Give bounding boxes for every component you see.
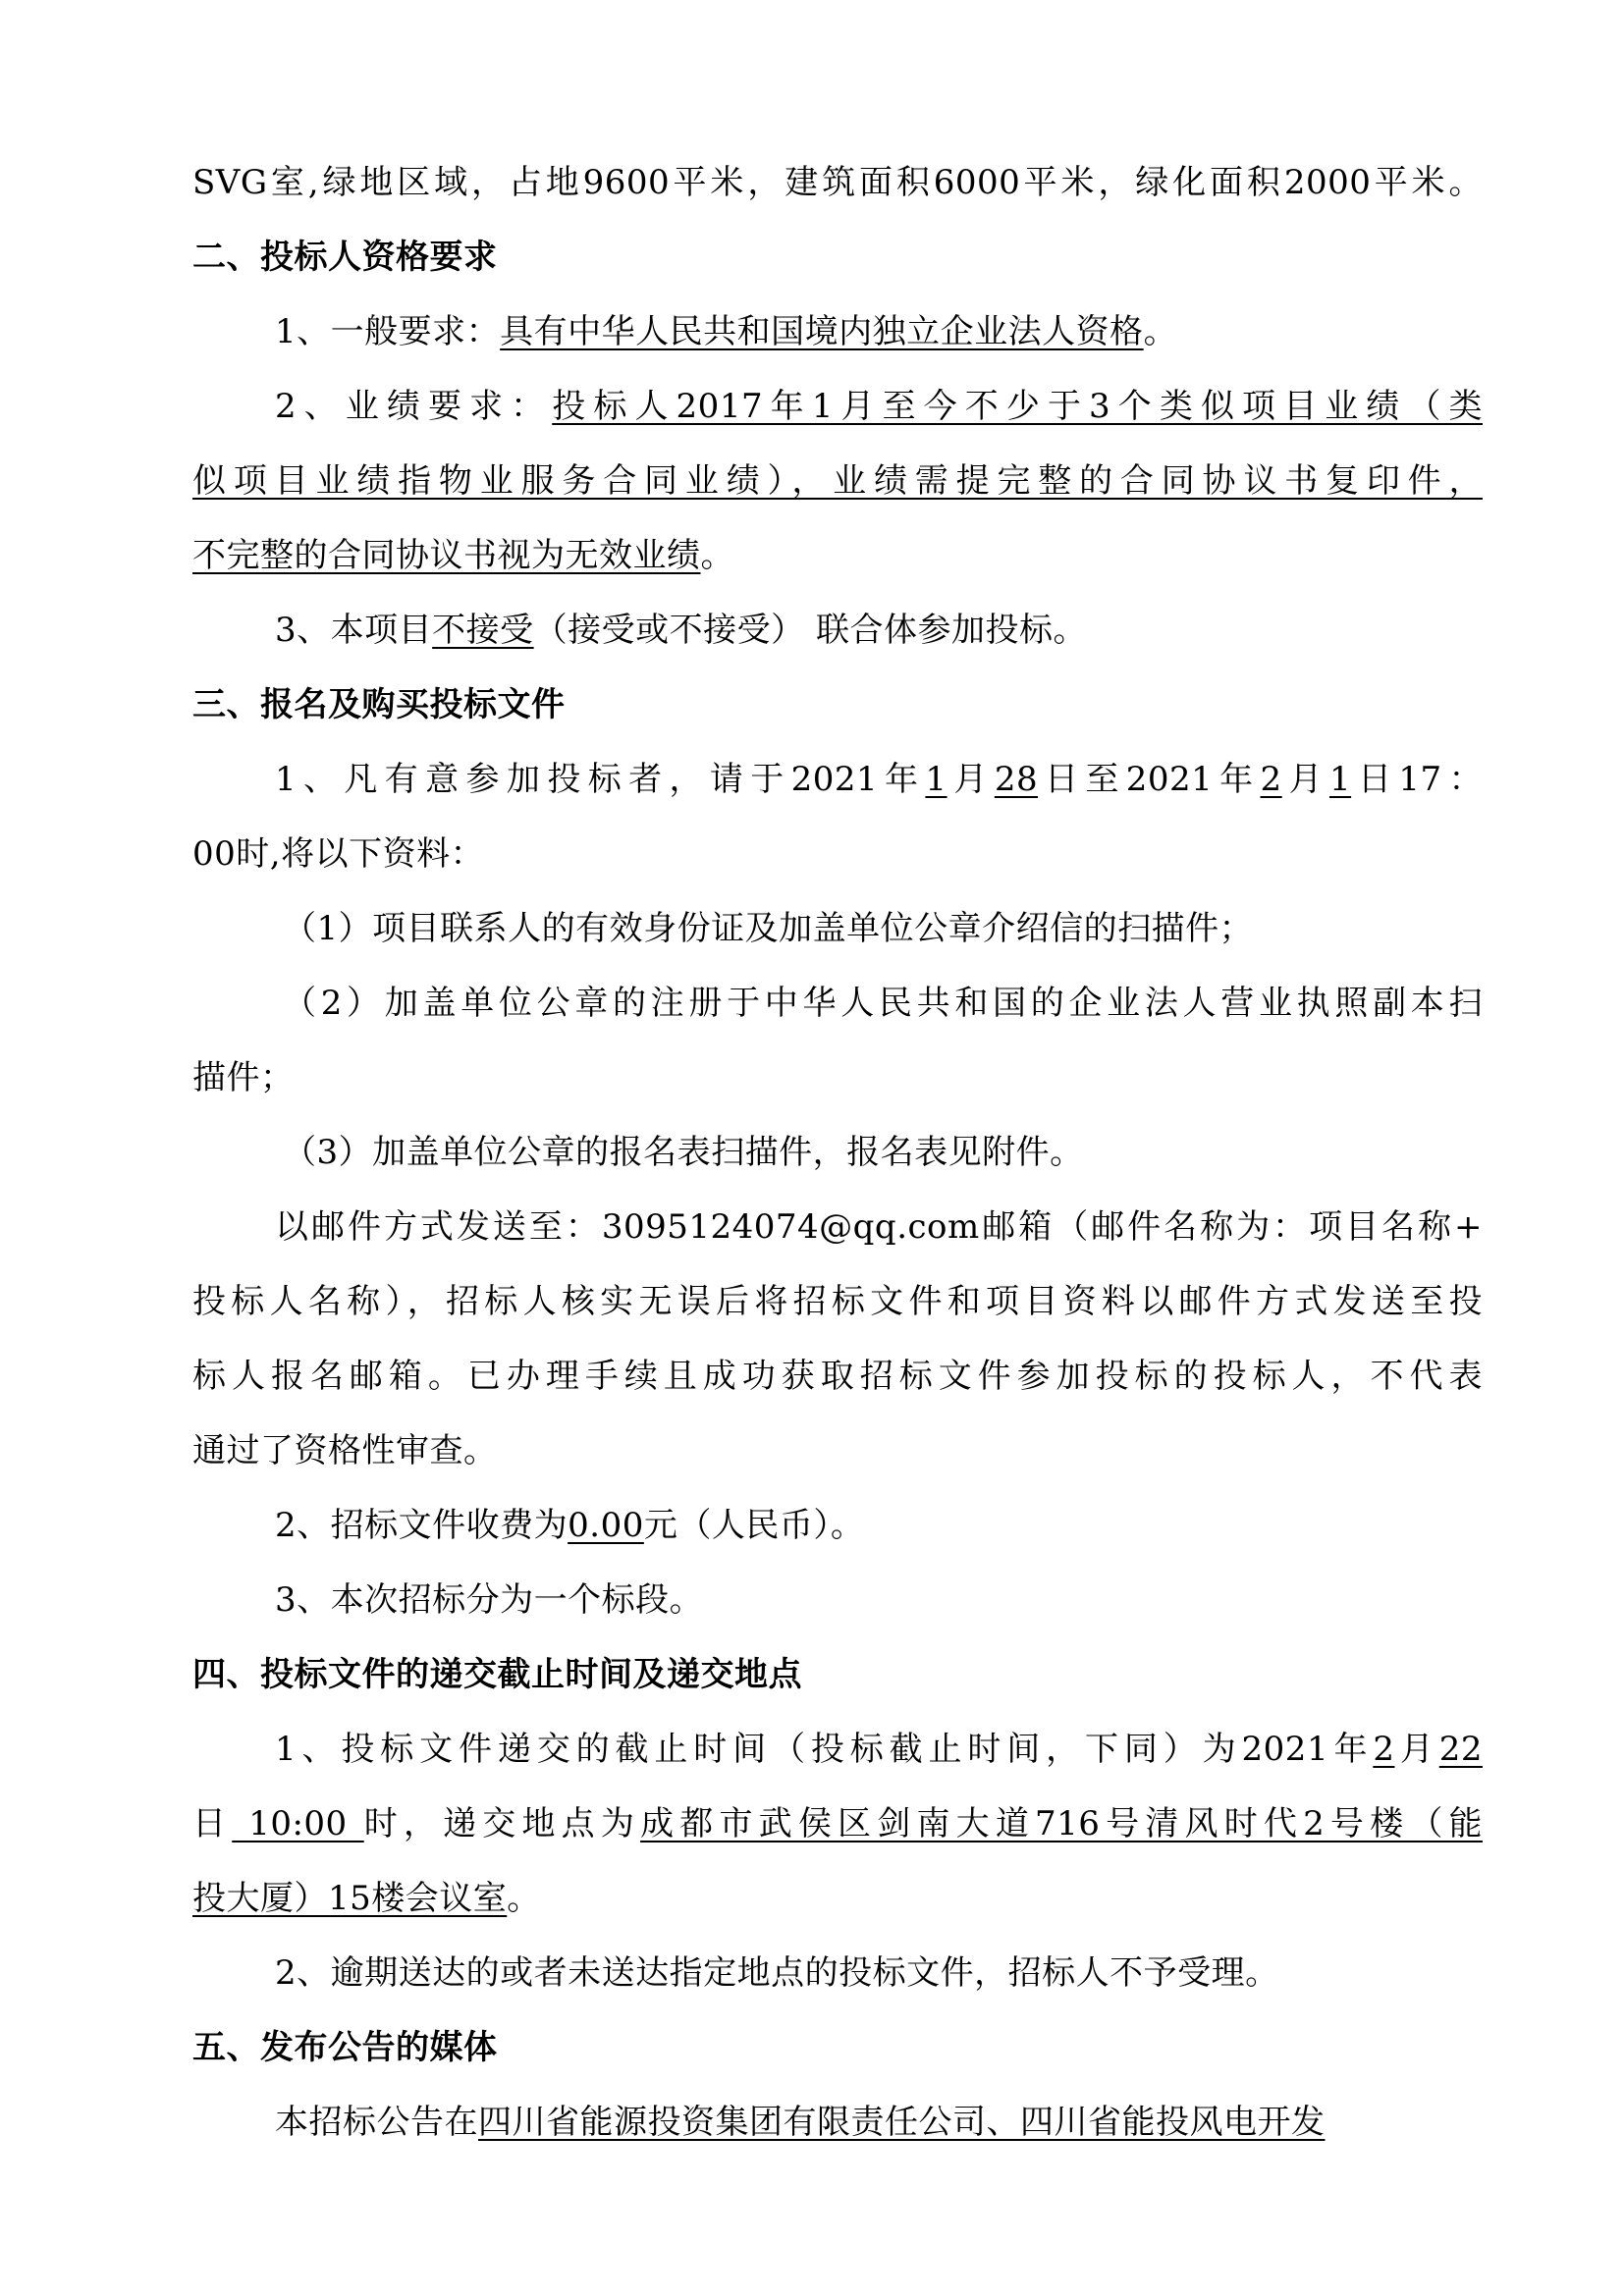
s3-item1-text: 月 <box>947 760 995 799</box>
s4-item2: 2、逾期送达的或者未送达指定地点的投标文件，招标人不予受理。 <box>275 1953 1279 1993</box>
s2-item1-prefix: 1、一般要求： <box>275 312 500 351</box>
s2-item2-prefix: 2、业绩要求： <box>275 387 552 426</box>
fee-amount: 0.00 <box>568 1506 644 1545</box>
media-publishers: 四川省能源投资集团有限责任公司、四川省能投风电开发 <box>478 2103 1326 2142</box>
s3-item2-prefix: 2、招标文件收费为 <box>275 1506 568 1545</box>
s5-para-line1: 本招标公告在四川省能源投资集团有限责任公司、四川省能投风电开发 <box>275 2103 1326 2142</box>
section-3-heading: 三、报名及购买投标文件 <box>192 685 566 724</box>
s3-sub3: （3）加盖单位公章的报名表扫描件，报名表见附件。 <box>283 1133 1084 1172</box>
start-day: 28 <box>995 760 1038 799</box>
s2-item3-underlined: 不接受 <box>432 611 534 650</box>
s2-item3-prefix: 3、本项目 <box>275 611 432 650</box>
email-para-line4: 通过了资格性审查。 <box>192 1431 498 1470</box>
s2-item2-line1: 2、业绩要求：投标人2017年1月至今不少于3个类似项目业绩（类 <box>275 387 1483 426</box>
s5-para-prefix: 本招标公告在 <box>275 2103 478 2142</box>
s2-item2-line3-suffix: 。 <box>701 536 735 575</box>
s2-item1-suffix: 。 <box>1144 312 1178 351</box>
email-para-line2: 投标人名称），招标人核实无误后将招标文件和项目资料以邮件方式发送至投 <box>192 1282 1483 1321</box>
end-day: 1 <box>1329 760 1351 799</box>
s3-item1-line1: 1、凡有意参加投标者，请于2021年1月28日至2021年2月1日17： <box>275 760 1483 799</box>
s3-item2: 2、招标文件收费为0.00元（人民币）。 <box>275 1506 864 1545</box>
section-4-heading: 四、投标文件的递交截止时间及递交地点 <box>192 1655 802 1694</box>
s2-item2-line2: 似项目业绩指物业服务合同业绩），业绩需提完整的合同协议书复印件， <box>192 461 1483 501</box>
s2-item1-underlined: 具有中华人民共和国境内独立企业法人资格 <box>500 312 1144 351</box>
s3-sub2-line1: （2）加盖单位公章的注册于中华人民共和国的企业法人营业执照副本扫 <box>283 984 1483 1023</box>
s3-sub1: （1）项目联系人的有效身份证及加盖单位公章介绍信的扫描件； <box>283 909 1253 948</box>
section-5-heading: 五、发布公告的媒体 <box>192 2028 498 2067</box>
s3-item1-text: 日至2021年 <box>1038 760 1260 799</box>
s3-item1-text: 1、凡有意参加投标者，请于2021年 <box>275 760 925 799</box>
submission-address-cont: 投大厦）15楼会议室 <box>192 1879 507 1918</box>
s4-item1-line1: 1、投标文件递交的截止时间（投标截止时间，下同）为2021年2月22 <box>275 1730 1483 1769</box>
s4-item1-line2: 日 10:00 时，递交地点为成都市武侯区剑南大道716号清风时代2号楼（能 <box>192 1804 1483 1843</box>
s2-item1: 1、一般要求：具有中华人民共和国境内独立企业法人资格。 <box>275 312 1177 351</box>
s3-item3: 3、本次招标分为一个标段。 <box>275 1580 703 1620</box>
s2-item3-suffix: （接受或不接受） 联合体参加投标。 <box>534 611 1087 650</box>
end-month: 2 <box>1261 760 1282 799</box>
section-2-heading: 二、投标人资格要求 <box>192 238 498 277</box>
s4-item1-text: 日 <box>192 1804 232 1843</box>
s2-item2-line2-underlined: 似项目业绩指物业服务合同业绩），业绩需提完整的合同协议书复印件， <box>192 461 1483 501</box>
s4-item1-text: 1、投标文件递交的截止时间（投标截止时间，下同）为2021年 <box>275 1730 1373 1769</box>
s3-item1-text: 月 <box>1282 760 1329 799</box>
s2-item2-line3-underlined: 不完整的合同协议书视为无效业绩 <box>192 536 701 575</box>
s3-item1-line2: 00时,将以下资料： <box>192 834 484 874</box>
email-para-line1: 以邮件方式发送至：3095124074@qq.com邮箱（邮件名称为：项目名称+ <box>275 1207 1483 1247</box>
submission-address: 成都市武侯区剑南大道716号清风时代2号楼（能 <box>640 1804 1483 1843</box>
s4-item1-text: 时，递交地点为 <box>364 1804 640 1843</box>
s4-item1-text: 月 <box>1394 1730 1438 1769</box>
s3-item1-text: 日17： <box>1351 760 1483 799</box>
s4-item1-suffix: 。 <box>507 1879 541 1918</box>
s3-sub2-line2: 描件； <box>192 1058 295 1097</box>
deadline-month: 2 <box>1373 1730 1394 1769</box>
s2-item2-line1-underlined: 投标人2017年1月至今不少于3个类似项目业绩（类 <box>552 387 1483 426</box>
deadline-time: 10:00 <box>232 1804 364 1843</box>
s4-item1-line3: 投大厦）15楼会议室。 <box>192 1879 541 1918</box>
intro-tail-line: SVG室,绿地区域，占地9600平米，建筑面积6000平米，绿化面积2000平米… <box>192 163 1483 202</box>
s2-item3: 3、本项目不接受（接受或不接受） 联合体参加投标。 <box>275 611 1087 650</box>
email-para-line3: 标人报名邮箱。已办理手续且成功获取招标文件参加投标的投标人，不代表 <box>192 1357 1483 1396</box>
s2-item2-line3: 不完整的合同协议书视为无效业绩。 <box>192 536 734 575</box>
deadline-day: 22 <box>1439 1730 1483 1769</box>
start-month: 1 <box>925 760 947 799</box>
s3-item2-suffix: 元（人民币）。 <box>644 1506 865 1545</box>
